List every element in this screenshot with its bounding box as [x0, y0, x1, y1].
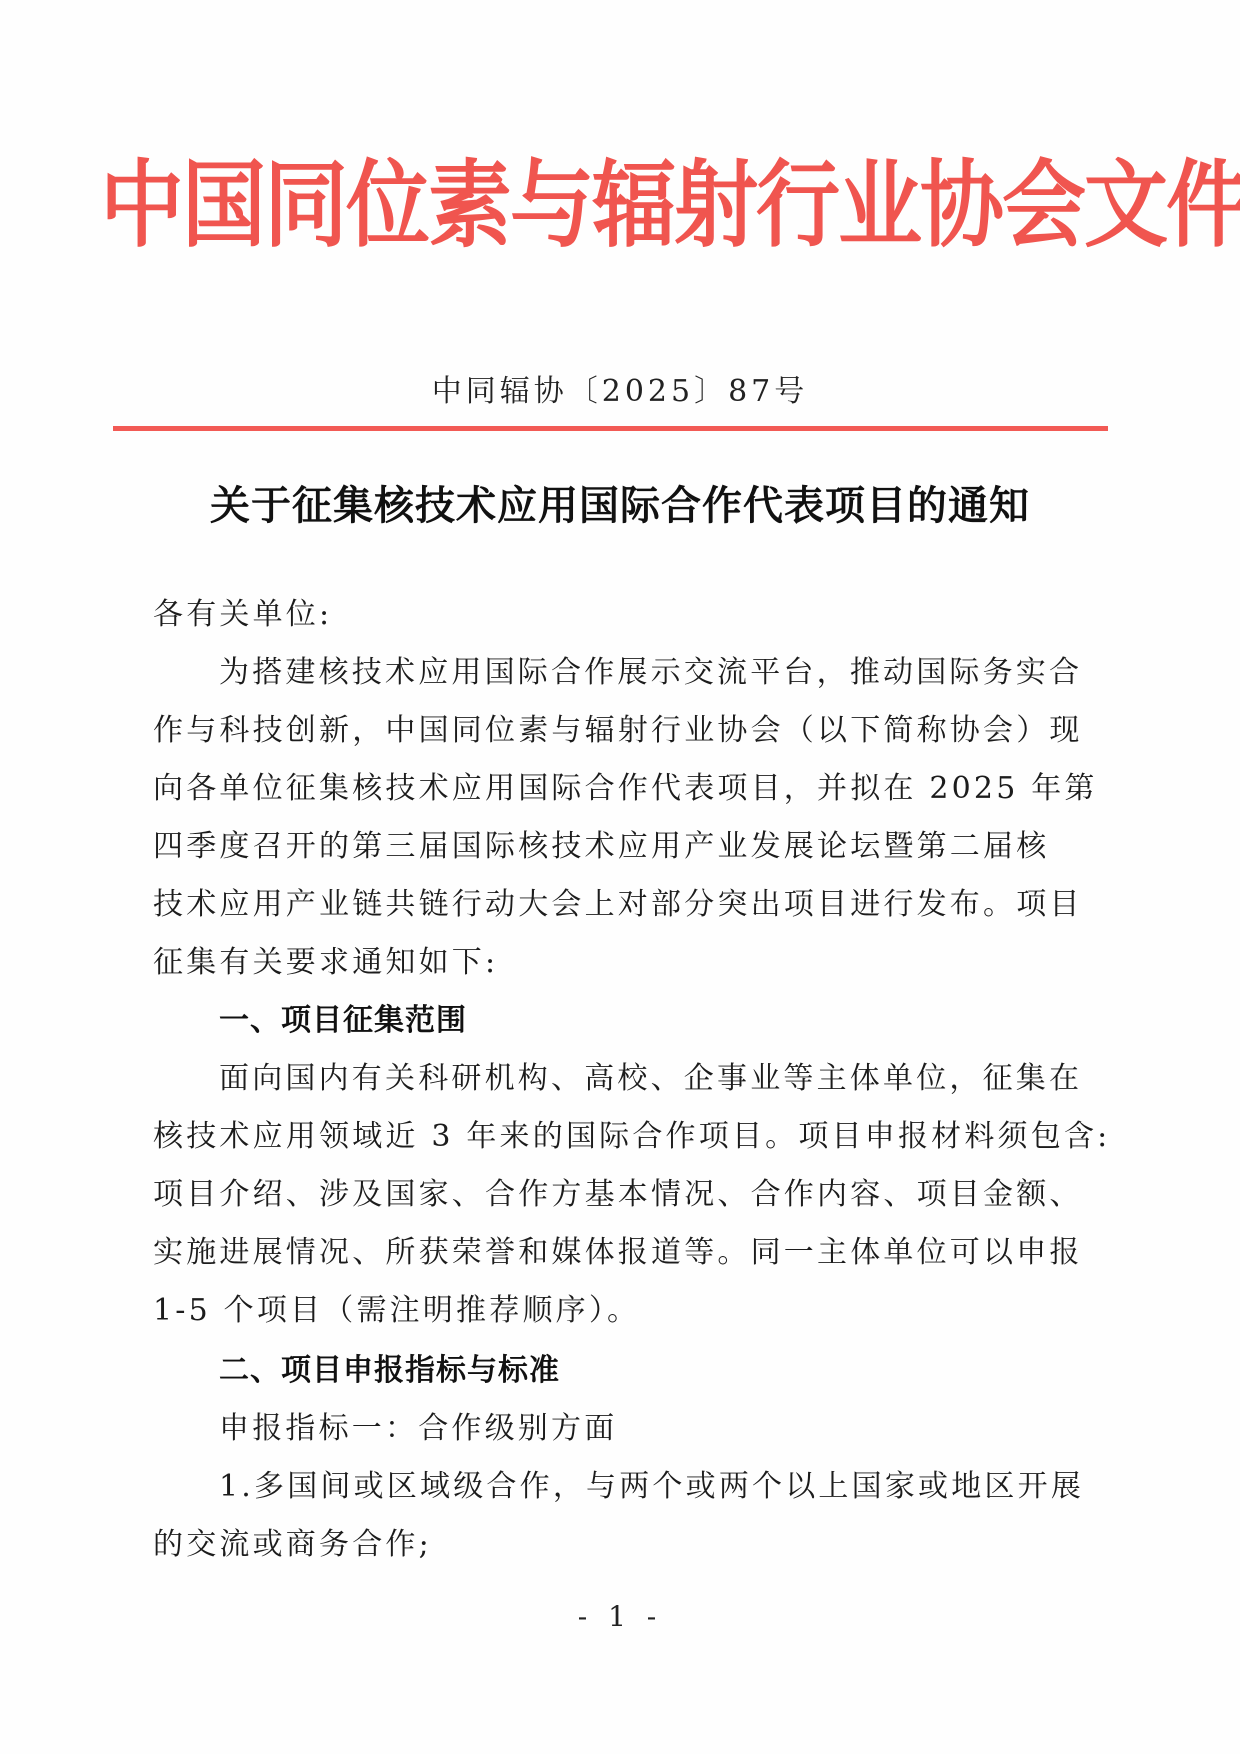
section-2-subheading: 申报指标一：合作级别方面: [153, 1400, 1154, 1458]
section-1-line-3: 项目介绍、涉及国家、合作方基本情况、合作内容、项目金额、: [153, 1166, 1088, 1224]
intro-line-1: 为搭建核技术应用国际合作展示交流平台，推动国际务实合: [153, 644, 1154, 702]
document-page: 中国同位素与辐射行业协会文件 中同辐协〔2025〕87号 关于征集核技术应用国际…: [0, 0, 1240, 1754]
salutation: 各有关单位:: [153, 586, 1088, 644]
document-number: 中同辐协〔2025〕87号: [0, 372, 1240, 412]
section-2-heading: 二、项目申报指标与标准: [153, 1342, 1154, 1400]
intro-line-3: 向各单位征集核技术应用国际合作代表项目，并拟在 2025 年第: [153, 760, 1088, 818]
intro-line-4: 四季度召开的第三届国际核技术应用产业发展论坛暨第二届核: [153, 818, 1088, 876]
section-1-line-1: 面向国内有关科研机构、高校、企事业等主体单位，征集在: [153, 1050, 1154, 1108]
page-number: - 1 -: [0, 1597, 1240, 1637]
masthead-title: 中国同位素与辐射行业协会文件: [100, 143, 1140, 266]
section-1-line-4: 实施进展情况、所获荣誉和媒体报道等。同一主体单位可以申报: [153, 1224, 1088, 1282]
document-title: 关于征集核技术应用国际合作代表项目的通知: [0, 476, 1240, 536]
intro-line-6: 征集有关要求通知如下:: [153, 934, 1088, 992]
intro-line-5: 技术应用产业链共链行动大会上对部分突出项目进行发布。项目: [153, 876, 1088, 934]
intro-line-2: 作与科技创新，中国同位素与辐射行业协会（以下简称协会）现: [153, 702, 1088, 760]
section-1-line-2: 核技术应用领域近 3 年来的国际合作项目。项目申报材料须包含:: [153, 1108, 1088, 1166]
section-2-item-1-line-1: 1.多国间或区域级合作，与两个或两个以上国家或地区开展: [153, 1458, 1154, 1516]
section-2-item-1-line-2: 的交流或商务合作;: [153, 1516, 1088, 1574]
red-divider-rule: [113, 426, 1108, 431]
section-1-line-5: 1-5 个项目（需注明推荐顺序）。: [153, 1282, 1088, 1340]
section-1-heading: 一、项目征集范围: [153, 992, 1154, 1050]
